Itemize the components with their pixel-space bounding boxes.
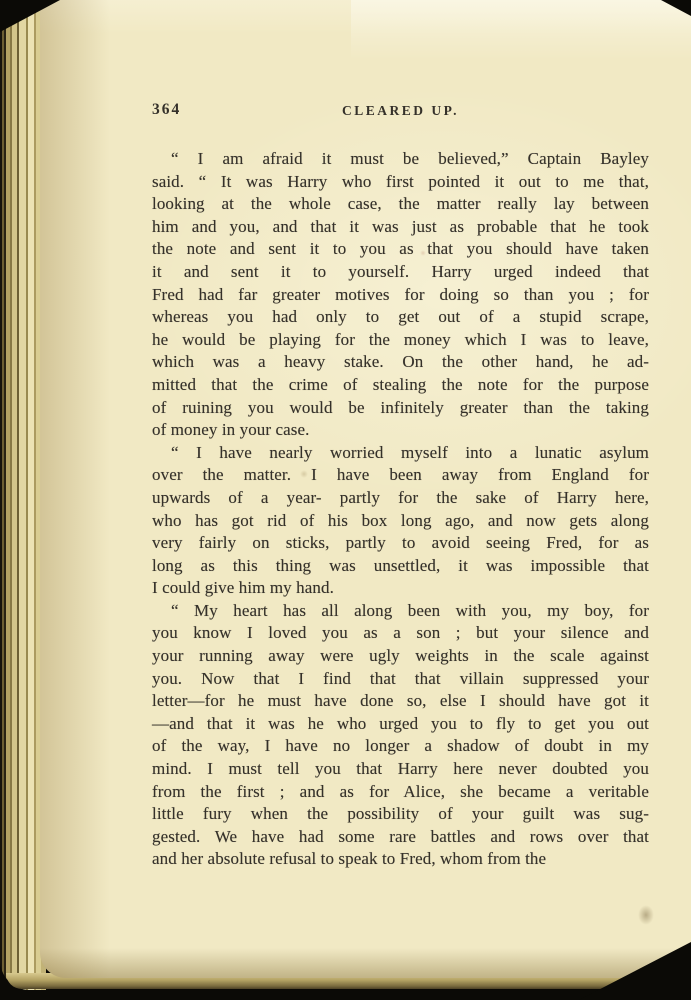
text-line: mind. I must tell you that Harry here ne… [152,758,649,781]
printed-text-area: 364 CLEARED UP. “ I am afraid it must be… [152,101,649,871]
text-line: Fred had far greater motives for doing s… [152,284,649,307]
text-line: said. “ It was Harry who first pointed i… [152,171,649,194]
text-line: the note and sent it to you as that you … [152,238,649,261]
paragraph: “ I am afraid it must be believed,” Capt… [152,148,649,442]
text-line: very fairly on sticks, partly to avoid s… [152,532,649,555]
text-line: over the matter. I have been away from E… [152,464,649,487]
text-line: “ I am afraid it must be believed,” Capt… [152,148,649,171]
text-line: who has got rid of his box long ago, and… [152,510,649,533]
text-line: I could give him my hand. [152,577,649,600]
text-line: letter—for he must have done so, else I … [152,690,649,713]
text-line: mitted that the crime of stealing the no… [152,374,649,397]
text-line: of money in your case. [152,419,649,442]
text-line: “ My heart has all along been with you, … [152,600,649,623]
text-line: of ruining you would be infinitely great… [152,397,649,420]
text-line: little fury when the possibility of your… [152,803,649,826]
text-line: from the first ; and as for Alice, she b… [152,781,649,804]
text-line: looking at the whole case, the matter re… [152,193,649,216]
text-line: he would be playing for the money which … [152,329,649,352]
page-header: 364 CLEARED UP. [152,101,649,119]
text-line: which was a heavy stake. On the other ha… [152,351,649,374]
text-line: “ I have nearly worried myself into a lu… [152,442,649,465]
text-line: your running away were ugly weights in t… [152,645,649,668]
text-line: him and you, and that it was just as pro… [152,216,649,239]
text-line: upwards of a year- partly for the sake o… [152,487,649,510]
text-line: of the way, I have no longer a shadow of… [152,735,649,758]
text-line: you know I loved you as a son ; but your… [152,622,649,645]
text-line: and her absolute refusal to speak to Fre… [152,848,649,871]
text-line: —and that it was he who urged you to fly… [152,713,649,736]
text-line: you. Now that I find that that villain s… [152,668,649,691]
text-line: it and sent it to yourself. Harry urged … [152,261,649,284]
text-line: long as this thing was unsettled, it was… [152,555,649,578]
paragraph: “ I have nearly worried myself into a lu… [152,442,649,600]
book-photo: 364 CLEARED UP. “ I am afraid it must be… [0,0,691,1000]
light-streak [351,0,691,60]
running-header: CLEARED UP. [152,103,649,119]
text-line: gested. We have had some rare battles an… [152,826,649,849]
body-text: “ I am afraid it must be believed,” Capt… [152,148,649,871]
paragraph: “ My heart has all along been with you, … [152,600,649,871]
text-line: whereas you had only to get out of a stu… [152,306,649,329]
